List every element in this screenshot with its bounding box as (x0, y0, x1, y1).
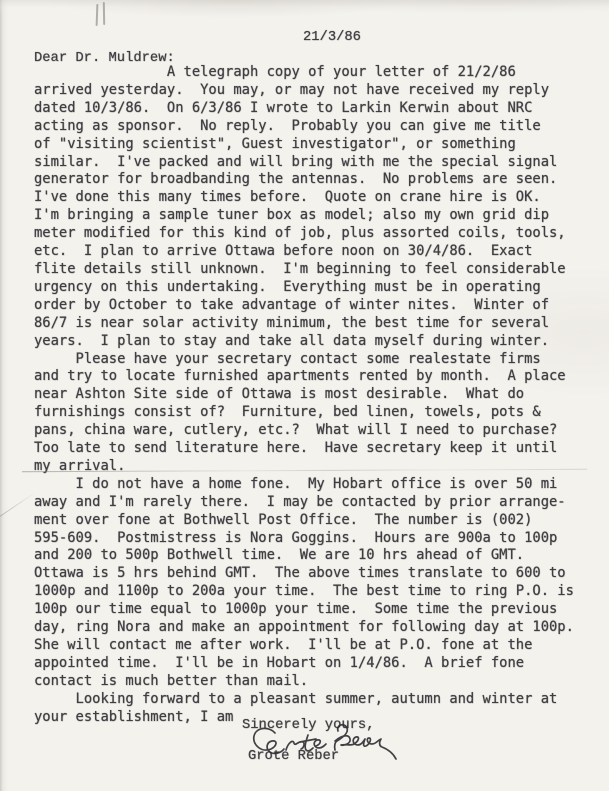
letter-body: A telegraph copy of your letter of 21/2/… (34, 64, 574, 727)
pencil-mark (103, 2, 105, 25)
pencil-mark (96, 4, 99, 26)
paper-crease (0, 492, 36, 520)
letter-page: 21/3/86 Dear Dr. Muldrew: A telegraph co… (0, 0, 609, 791)
signature-script-icon (250, 722, 400, 766)
letter-date: 21/3/86 (303, 29, 361, 47)
